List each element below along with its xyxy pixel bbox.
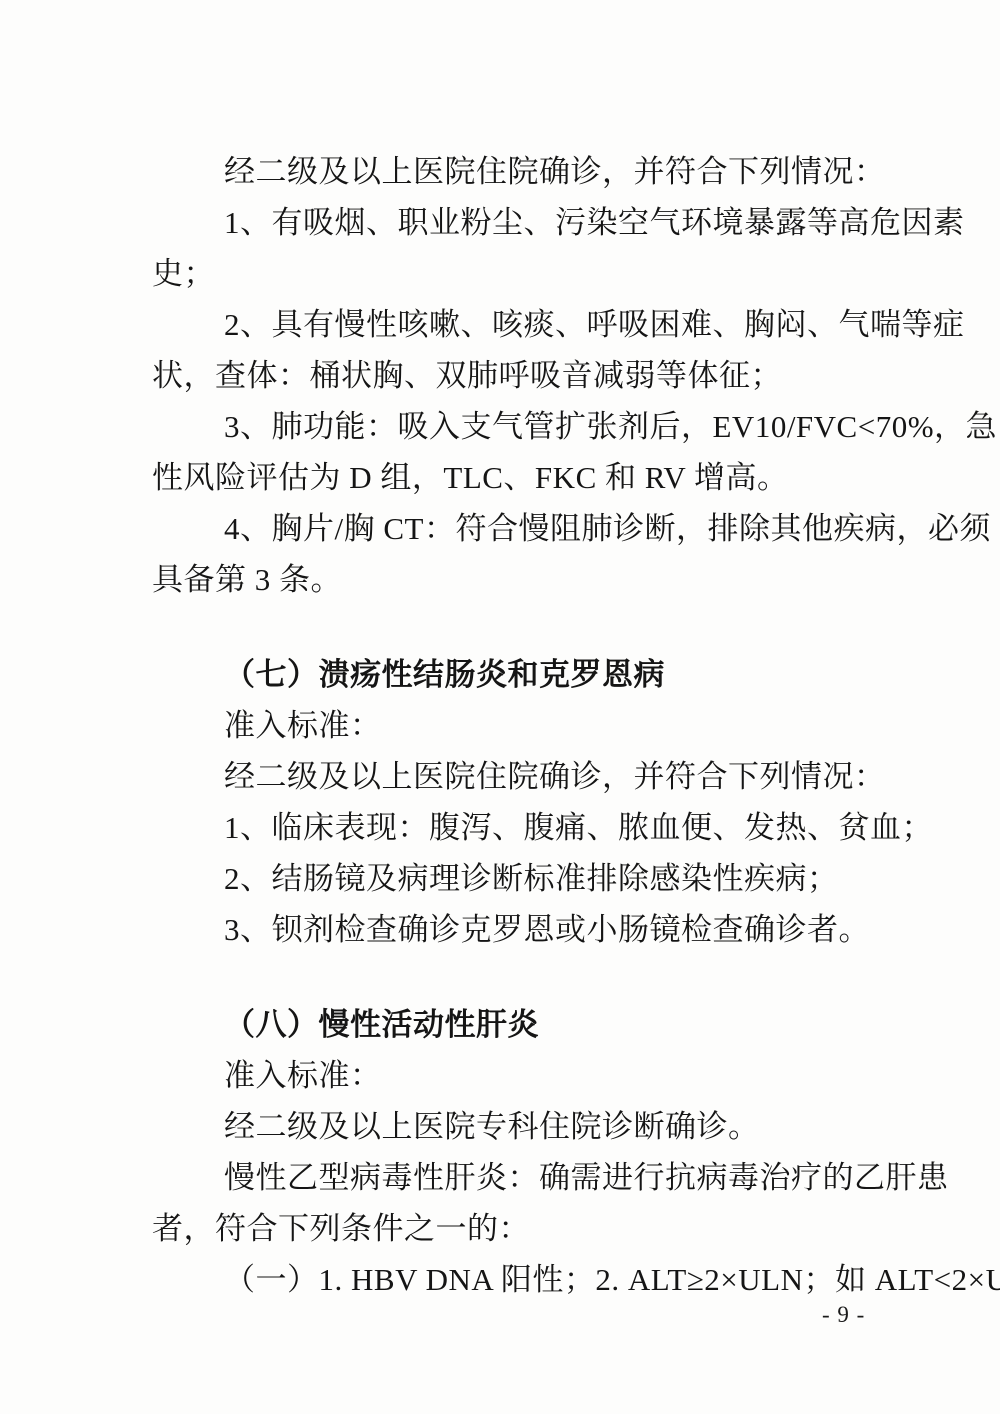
section-heading: （七）溃疡性结肠炎和克罗恩病	[152, 649, 882, 700]
page-body: 经二级及以上医院住院确诊，并符合下列情况：1、有吸烟、职业粉尘、污染空气环境暴露…	[152, 146, 882, 1305]
text-line: 状，查体：桶状胸、双肺呼吸音减弱等体征；	[152, 350, 882, 401]
text-line: 3、钡剂检查确诊克罗恩或小肠镜检查确诊者。	[152, 904, 882, 955]
text-line: 者，符合下列条件之一的：	[152, 1203, 882, 1254]
text-line: （一）1. HBV DNA 阳性；2. ALT≥2×ULN；如 ALT<2×UL…	[152, 1254, 882, 1305]
document-page: 经二级及以上医院住院确诊，并符合下列情况：1、有吸烟、职业粉尘、污染空气环境暴露…	[0, 0, 1000, 1414]
page-number: - 9 -	[822, 1302, 865, 1328]
text-line: 1、有吸烟、职业粉尘、污染空气环境暴露等高危因素	[152, 197, 882, 248]
text-line: 具备第 3 条。	[152, 554, 882, 605]
text-line: 经二级及以上医院专科住院诊断确诊。	[152, 1101, 882, 1152]
text-line: 2、结肠镜及病理诊断标准排除感染性疾病；	[152, 853, 882, 904]
text-line: 准入标准：	[152, 1050, 882, 1101]
section-heading: （八）慢性活动性肝炎	[152, 999, 882, 1050]
text-line: 史；	[152, 248, 882, 299]
text-line: 4、胸片/胸 CT：符合慢阻肺诊断，排除其他疾病，必须	[152, 503, 882, 554]
text-line: 3、肺功能：吸入支气管扩张剂后，EV10/FVC<70%，急	[152, 401, 882, 452]
text-line: 1、临床表现：腹泻、腹痛、脓血便、发热、贫血；	[152, 802, 882, 853]
text-line: 经二级及以上医院住院确诊，并符合下列情况：	[152, 751, 882, 802]
text-line: 准入标准：	[152, 700, 882, 751]
text-line: 2、具有慢性咳嗽、咳痰、呼吸困难、胸闷、气喘等症	[152, 299, 882, 350]
text-line: 经二级及以上医院住院确诊，并符合下列情况：	[152, 146, 882, 197]
text-line: 性风险评估为 D 组，TLC、FKC 和 RV 增高。	[152, 452, 882, 503]
text-line: 慢性乙型病毒性肝炎：确需进行抗病毒治疗的乙肝患	[152, 1152, 882, 1203]
